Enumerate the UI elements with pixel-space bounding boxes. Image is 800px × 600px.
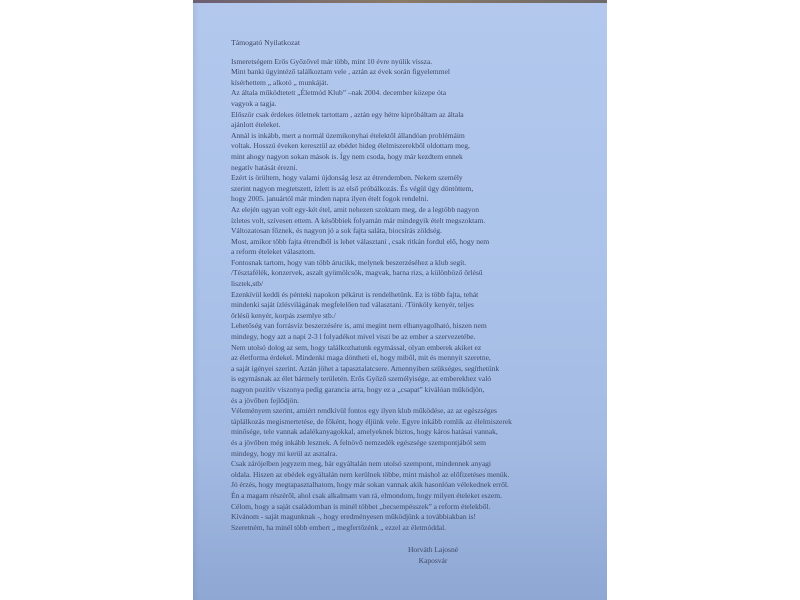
text-line: Szeretném, ha minél több embert „ megfer… bbox=[231, 523, 591, 534]
text-line: szerint nagyon megtetszett, ízlett is az… bbox=[231, 184, 591, 195]
text-line: voltak. Hosszú éveken keresztül az ebéde… bbox=[231, 141, 591, 152]
document-title: Támogató Nyilatkozat bbox=[231, 38, 591, 49]
text-line: Az általa működtetett „Életmód Klub” –na… bbox=[231, 88, 591, 99]
signature-block: Horváth Lajosné Kaposvár bbox=[403, 545, 463, 566]
text-line: ajánlott ételeket. bbox=[231, 120, 591, 131]
text-line: /Tésztafélék, konzervek, aszalt gyümölcs… bbox=[231, 268, 591, 279]
text-line: Célom, hogy a saját családomban is minél… bbox=[231, 502, 591, 513]
text-line: mindenki saját ízlésvilágának megfelelőe… bbox=[231, 300, 591, 311]
text-line: Először csak érdekes ötletnek tartottam … bbox=[231, 110, 591, 121]
text-line: vagyok a tagja. bbox=[231, 99, 591, 110]
photo-background-edge bbox=[193, 0, 607, 3]
text-line: Jó érzés, hogy megtapasztalhatom, hogy m… bbox=[231, 480, 591, 491]
text-line: oldala. Hiszen az ebédek egyáltalán nem … bbox=[231, 470, 591, 481]
text-line: Változatosan főznek, és nagyon jó a sok … bbox=[231, 226, 591, 237]
text-line: ízletes volt, szívesen ettem. A későbbie… bbox=[231, 216, 591, 227]
text-line: táplálkozás megismertetése, de főként, h… bbox=[231, 417, 591, 428]
text-line: mindegy, hogy mi kerül az asztalra. bbox=[231, 449, 591, 460]
text-line: a saját igényei szerint. Aztán jöhet a t… bbox=[231, 364, 591, 375]
text-line: mindegy, hogy azt a napi 2-3 l folyadéko… bbox=[231, 332, 591, 343]
text-line: és a jövőben még inkább lesznek. A felnö… bbox=[231, 438, 591, 449]
text-line: az életforma érdekel. Mindenki maga dönt… bbox=[231, 353, 591, 364]
signature-place: Kaposvár bbox=[403, 556, 463, 567]
document-body: Ismeretségem Erős Győzővel már több, min… bbox=[231, 57, 591, 534]
text-line: Annál is inkább, mert a normál üzemikony… bbox=[231, 131, 591, 142]
document-paper: Támogató Nyilatkozat Ismeretségem Erős G… bbox=[193, 0, 607, 600]
text-line: Ezért is örültem, hogy valami újdonság l… bbox=[231, 173, 591, 184]
text-line: Mint banki ügyintéző találkoztam vele , … bbox=[231, 67, 591, 78]
text-line: nagyon pozitív viszonya pedig garancia a… bbox=[231, 385, 591, 396]
text-line: a reform ételeket választom. bbox=[231, 247, 591, 258]
text-line: Én a magam részéről, ahol csak alkalmam … bbox=[231, 491, 591, 502]
text-line: kísérhettem „ alkotó „ munkáját. bbox=[231, 78, 591, 89]
text-line: mint ahogy nagyon sokan mások is. Így ne… bbox=[231, 152, 591, 163]
text-line: Véleményem szerint, amiért rendkívül fon… bbox=[231, 406, 591, 417]
text-line: is egymásnak az élet bármely területén. … bbox=[231, 374, 591, 385]
text-line: Kívánom - saját magunknak -, hogy eredmé… bbox=[231, 512, 591, 523]
text-line: Az elején ugyan volt egy-két étel, amit … bbox=[231, 205, 591, 216]
text-line: Nem utolsó dolog az sem, hogy találkozha… bbox=[231, 343, 591, 354]
text-line: és a jövőben fejlődjön. bbox=[231, 396, 591, 407]
text-line: lisztek,stb/ bbox=[231, 279, 591, 290]
text-line: Csak zárójelben jegyzem meg, bár egyálta… bbox=[231, 459, 591, 470]
text-line: negatív hatását érezni. bbox=[231, 163, 591, 174]
text-line: Lehetőség van forrásvíz beszerzésére is,… bbox=[231, 321, 591, 332]
document-content: Támogató Nyilatkozat Ismeretségem Erős G… bbox=[231, 38, 591, 567]
text-line: Ezenkívül keddi és pénteki napokon pékár… bbox=[231, 290, 591, 301]
text-line: Fontosnak tartom, hogy van több árucikk,… bbox=[231, 258, 591, 269]
signature-name: Horváth Lajosné bbox=[403, 545, 463, 556]
text-line: minősége, tele vannak adalékanyagokkal, … bbox=[231, 427, 591, 438]
text-line: Ismeretségem Erős Győzővel már több, min… bbox=[231, 57, 591, 68]
text-line: hogy 2005. januártól már minden napra il… bbox=[231, 194, 591, 205]
text-line: őrlésű kenyér, korpás zsemlye stb./ bbox=[231, 311, 591, 322]
text-line: Most, amikor több fajta étrendből is leh… bbox=[231, 237, 591, 248]
